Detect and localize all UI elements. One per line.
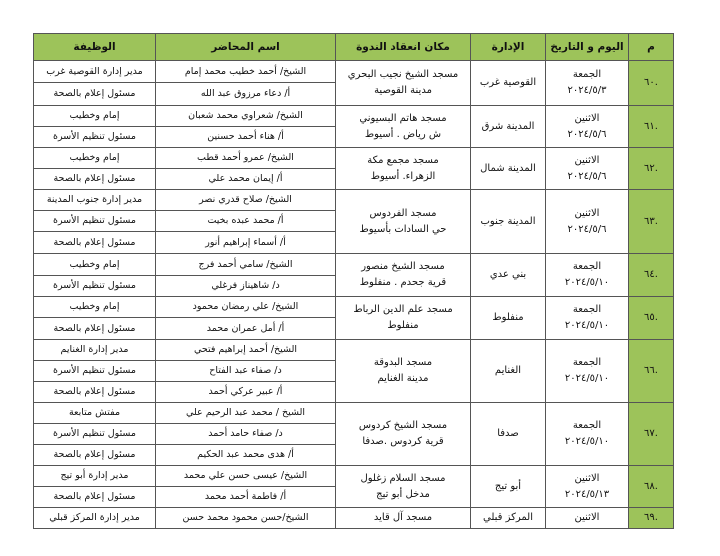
lecturer-job: مسئول إعلام بالصحة bbox=[34, 232, 156, 254]
row-number: .٦٨ bbox=[629, 466, 674, 508]
day-label: الاثنين bbox=[548, 471, 626, 487]
venue-cell: مسجد علم الدين الرباطمنفلوط bbox=[336, 297, 471, 340]
venue-mosque: مسجد آل قايد bbox=[338, 510, 468, 526]
venue-mosque: مسجد الفردوس bbox=[338, 206, 468, 222]
lecturer-job: مدير إدارة أبو تيج bbox=[34, 466, 156, 487]
lecturer-name: الشيخ/ عمرو أحمد قطب bbox=[156, 148, 336, 169]
lecturer-job: إمام وخطيب bbox=[34, 148, 156, 169]
venue-mosque: مسجد مجمع مكة bbox=[338, 153, 468, 169]
table-row: .٦٠الجمعة٢٠٢٤/٥/٣القوصية غربمسجد الشيخ ن… bbox=[34, 61, 674, 83]
lecturer-job: مسئول إعلام بالصحة bbox=[34, 487, 156, 508]
venue-location: ش رياض . أسيوط bbox=[338, 127, 468, 143]
venue-location: مدينة الغنايم bbox=[338, 371, 468, 387]
venue-cell: مسجد الشيخ نجيب البحريمدينة القوصية bbox=[336, 61, 471, 106]
venue-mosque: مسجد هاتم البسيوني bbox=[338, 111, 468, 127]
day-label: الجمعة bbox=[548, 302, 626, 318]
lecturer-name: الشيخ/ عيسى حسن علي محمد bbox=[156, 466, 336, 487]
row-number: .٦٠ bbox=[629, 61, 674, 106]
venue-location: مدينة القوصية bbox=[338, 83, 468, 99]
table-row: .٦٥الجمعة٢٠٢٤/٥/١٠منفلوطمسجد علم الدين ا… bbox=[34, 297, 674, 318]
venue-cell: مسجد الفردوسحي السادات بأسيوط bbox=[336, 190, 471, 254]
administration-cell: المدينة شمال bbox=[471, 148, 546, 190]
lecturer-job: مدير إدارة القوصية غرب bbox=[34, 61, 156, 83]
header-num: م bbox=[629, 34, 674, 61]
day-label: الاثنين bbox=[548, 111, 626, 127]
header-day-date: اليوم و التاريخ bbox=[546, 34, 629, 61]
lecturer-name: الشيخ/ علي رمضان محمود bbox=[156, 297, 336, 318]
venue-cell: مسجد آل قايد bbox=[336, 508, 471, 529]
lecturer-name: أ/ دعاء مرزوق عبد الله bbox=[156, 83, 336, 106]
administration-cell: أبو تيج bbox=[471, 466, 546, 508]
seminar-schedule-table: م اليوم و التاريخ الإدارة مكان انعقاد ال… bbox=[33, 33, 674, 529]
table-body: .٦٠الجمعة٢٠٢٤/٥/٣القوصية غربمسجد الشيخ ن… bbox=[34, 61, 674, 529]
day-date-cell: الجمعة٢٠٢٤/٥/٣ bbox=[546, 61, 629, 106]
lecturer-name: أ/ أسماء إبراهيم أنور bbox=[156, 232, 336, 254]
venue-mosque: مسجد البدوقة bbox=[338, 355, 468, 371]
day-date-cell: الجمعة٢٠٢٤/٥/١٠ bbox=[546, 297, 629, 340]
lecturer-name: أ/ أمل عمران محمد bbox=[156, 318, 336, 340]
lecturer-job: مفتش متابعة bbox=[34, 403, 156, 424]
venue-location: قرية كردوس .صدفا bbox=[338, 434, 468, 450]
venue-location: مدخل أبو تيج bbox=[338, 487, 468, 503]
lecturer-name: د/ صفاء عبد الفتاح bbox=[156, 361, 336, 382]
venue-mosque: مسجد السلام زغلول bbox=[338, 471, 468, 487]
lecturer-job: إمام وخطيب bbox=[34, 254, 156, 276]
administration-cell: المدينة شرق bbox=[471, 106, 546, 148]
table-row: .٦٢الاثنين٢٠٢٤/٥/٦المدينة شمالمسجد مجمع … bbox=[34, 148, 674, 169]
table-row: .٦٩الاثنينالمركز قبليمسجد آل قايدالشيخ/ح… bbox=[34, 508, 674, 529]
header-lecturer: اسم المحاضر bbox=[156, 34, 336, 61]
day-date-cell: الاثنين bbox=[546, 508, 629, 529]
date-label: ٢٠٢٤/٥/٦ bbox=[548, 127, 626, 143]
lecturer-job: مسئول تنظيم الأسرة bbox=[34, 127, 156, 148]
day-label: الجمعة bbox=[548, 418, 626, 434]
administration-cell: بني عدي bbox=[471, 254, 546, 297]
lecturer-job: إمام وخطيب bbox=[34, 106, 156, 127]
administration-cell: الغنايم bbox=[471, 340, 546, 403]
lecturer-job: مدير إدارة المركز قبلي bbox=[34, 508, 156, 529]
row-number: .٦١ bbox=[629, 106, 674, 148]
date-label: ٢٠٢٤/٥/١٠ bbox=[548, 371, 626, 387]
day-date-cell: الاثنين٢٠٢٤/٥/١٣ bbox=[546, 466, 629, 508]
venue-cell: مسجد الشيخ كردوسقرية كردوس .صدفا bbox=[336, 403, 471, 466]
venue-cell: مسجد الشيخ منصورقرية جحدم . منفلوط bbox=[336, 254, 471, 297]
lecturer-job: مسئول إعلام بالصحة bbox=[34, 169, 156, 190]
row-number: .٦٣ bbox=[629, 190, 674, 254]
table-row: .٦٤الجمعة٢٠٢٤/٥/١٠بني عديمسجد الشيخ منصو… bbox=[34, 254, 674, 276]
administration-cell: المركز قبلي bbox=[471, 508, 546, 529]
day-date-cell: الجمعة٢٠٢٤/٥/١٠ bbox=[546, 254, 629, 297]
lecturer-name: أ/ فاطمة أحمد محمد bbox=[156, 487, 336, 508]
header-administration: الإدارة bbox=[471, 34, 546, 61]
table-row: .٦٣الاثنين٢٠٢٤/٥/٦المدينة جنوبمسجد الفرد… bbox=[34, 190, 674, 211]
row-number: .٦٤ bbox=[629, 254, 674, 297]
venue-cell: مسجد السلام زغلولمدخل أبو تيج bbox=[336, 466, 471, 508]
row-number: .٦٦ bbox=[629, 340, 674, 403]
venue-location: حي السادات بأسيوط bbox=[338, 222, 468, 238]
lecturer-name: الشيخ/حسن محمود محمد حسن bbox=[156, 508, 336, 529]
lecturer-name: أ/ هناء أحمد حسنين bbox=[156, 127, 336, 148]
day-label: الاثنين bbox=[548, 510, 626, 526]
lecturer-name: د/ شاهيناز فرغلي bbox=[156, 276, 336, 297]
lecturer-name: الشيخ/ شعراوي محمد شعبان bbox=[156, 106, 336, 127]
lecturer-job: مسئول تنظيم الأسرة bbox=[34, 424, 156, 445]
date-label: ٢٠٢٤/٥/١٠ bbox=[548, 275, 626, 291]
administration-cell: المدينة جنوب bbox=[471, 190, 546, 254]
lecturer-name: أ/ هدى محمد عبد الحكيم bbox=[156, 445, 336, 466]
venue-mosque: مسجد الشيخ كردوس bbox=[338, 418, 468, 434]
lecturer-job: مسئول إعلام بالصحة bbox=[34, 318, 156, 340]
day-date-cell: الجمعة٢٠٢٤/٥/١٠ bbox=[546, 403, 629, 466]
header-job: الوظيفة bbox=[34, 34, 156, 61]
date-label: ٢٠٢٤/٥/٣ bbox=[548, 83, 626, 99]
day-date-cell: الاثنين٢٠٢٤/٥/٦ bbox=[546, 190, 629, 254]
venue-location: الزهراء. أسيوط bbox=[338, 169, 468, 185]
lecturer-job: مدير إدارة جنوب المدينة bbox=[34, 190, 156, 211]
lecturer-name: الشيخ/ أحمد خطيب محمد إمام bbox=[156, 61, 336, 83]
lecturer-job: مسئول إعلام بالصحة bbox=[34, 83, 156, 106]
table-row: .٦٦الجمعة٢٠٢٤/٥/١٠الغنايممسجد البدوقةمدي… bbox=[34, 340, 674, 361]
lecturer-name: الشيخ/ سامي أحمد فرج bbox=[156, 254, 336, 276]
lecturer-job: مسئول تنظيم الأسرة bbox=[34, 276, 156, 297]
header-row: م اليوم و التاريخ الإدارة مكان انعقاد ال… bbox=[34, 34, 674, 61]
day-label: الجمعة bbox=[548, 355, 626, 371]
lecturer-job: مدير إدارة الغنايم bbox=[34, 340, 156, 361]
venue-mosque: مسجد علم الدين الرباط bbox=[338, 302, 468, 318]
day-date-cell: الاثنين٢٠٢٤/٥/٦ bbox=[546, 148, 629, 190]
day-label: الاثنين bbox=[548, 153, 626, 169]
date-label: ٢٠٢٤/٥/٦ bbox=[548, 169, 626, 185]
row-number: .٦٧ bbox=[629, 403, 674, 466]
day-label: الجمعة bbox=[548, 67, 626, 83]
lecturer-job: مسئول إعلام بالصحة bbox=[34, 445, 156, 466]
header-venue: مكان انعقاد الندوة bbox=[336, 34, 471, 61]
day-label: الاثنين bbox=[548, 206, 626, 222]
row-number: .٦٢ bbox=[629, 148, 674, 190]
administration-cell: القوصية غرب bbox=[471, 61, 546, 106]
venue-mosque: مسجد الشيخ نجيب البحري bbox=[338, 67, 468, 83]
lecturer-job: مسئول إعلام بالصحة bbox=[34, 382, 156, 403]
day-date-cell: الجمعة٢٠٢٤/٥/١٠ bbox=[546, 340, 629, 403]
lecturer-name: د/ صفاء حامد أحمد bbox=[156, 424, 336, 445]
day-date-cell: الاثنين٢٠٢٤/٥/٦ bbox=[546, 106, 629, 148]
lecturer-name: أ/ إيمان محمد علي bbox=[156, 169, 336, 190]
lecturer-job: مسئول تنظيم الأسرة bbox=[34, 211, 156, 232]
date-label: ٢٠٢٤/٥/٦ bbox=[548, 222, 626, 238]
venue-cell: مسجد البدوقةمدينة الغنايم bbox=[336, 340, 471, 403]
table-row: .٦١الاثنين٢٠٢٤/٥/٦المدينة شرقمسجد هاتم ا… bbox=[34, 106, 674, 127]
venue-location: قرية جحدم . منفلوط bbox=[338, 275, 468, 291]
venue-location: منفلوط bbox=[338, 318, 468, 334]
row-number: .٦٩ bbox=[629, 508, 674, 529]
date-label: ٢٠٢٤/٥/١٣ bbox=[548, 487, 626, 503]
administration-cell: منفلوط bbox=[471, 297, 546, 340]
day-label: الجمعة bbox=[548, 259, 626, 275]
table-row: .٦٧الجمعة٢٠٢٤/٥/١٠صدفامسجد الشيخ كردوسقر… bbox=[34, 403, 674, 424]
table-row: .٦٨الاثنين٢٠٢٤/٥/١٣أبو تيجمسجد السلام زغ… bbox=[34, 466, 674, 487]
lecturer-name: أ/ محمد عبده بخيت bbox=[156, 211, 336, 232]
date-label: ٢٠٢٤/٥/١٠ bbox=[548, 318, 626, 334]
venue-cell: مسجد مجمع مكةالزهراء. أسيوط bbox=[336, 148, 471, 190]
row-number: .٦٥ bbox=[629, 297, 674, 340]
administration-cell: صدفا bbox=[471, 403, 546, 466]
lecturer-job: إمام وخطيب bbox=[34, 297, 156, 318]
lecturer-name: الشيخ/ أحمد إبراهيم فتحي bbox=[156, 340, 336, 361]
lecturer-job: مسئول تنظيم الأسرة bbox=[34, 361, 156, 382]
lecturer-name: أ/ عبير عركي أحمد bbox=[156, 382, 336, 403]
date-label: ٢٠٢٤/٥/١٠ bbox=[548, 434, 626, 450]
venue-cell: مسجد هاتم البسيونيش رياض . أسيوط bbox=[336, 106, 471, 148]
venue-mosque: مسجد الشيخ منصور bbox=[338, 259, 468, 275]
lecturer-name: الشيخ / محمد عبد الرحيم علي bbox=[156, 403, 336, 424]
lecturer-name: الشيخ/ صلاح قدري نصر bbox=[156, 190, 336, 211]
